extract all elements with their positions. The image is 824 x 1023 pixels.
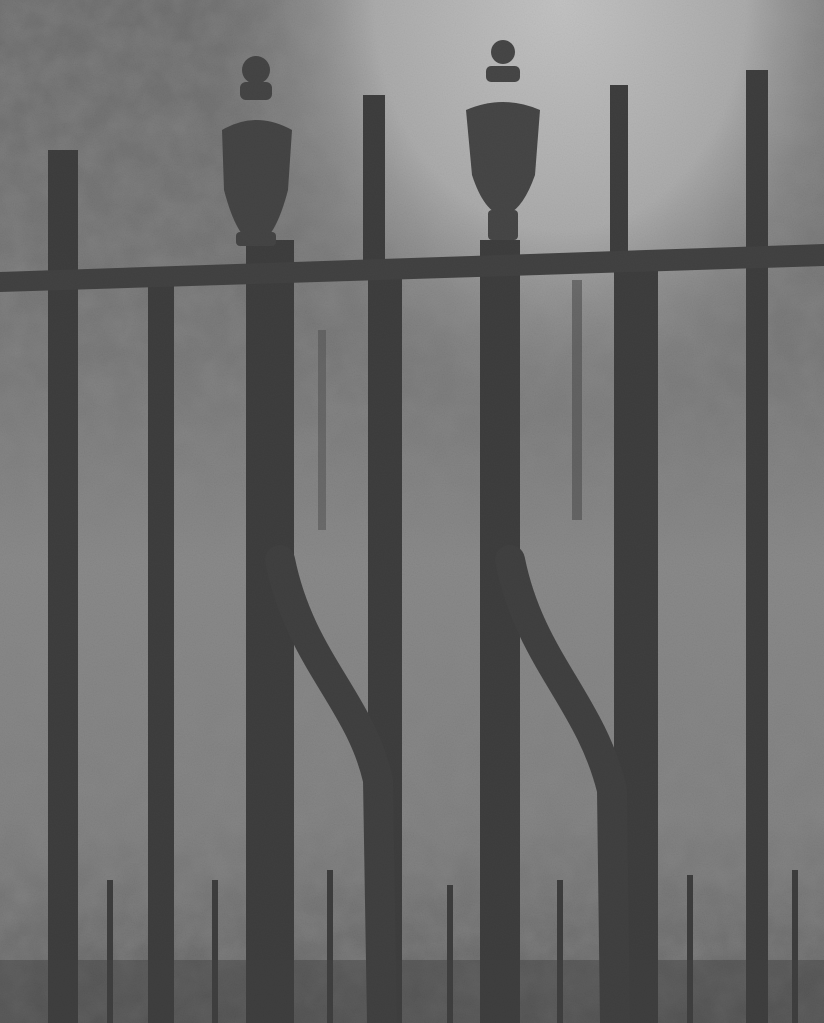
photo-iron-gate <box>0 0 824 1023</box>
gate-illustration <box>0 0 824 1023</box>
film-grain <box>0 0 824 1023</box>
